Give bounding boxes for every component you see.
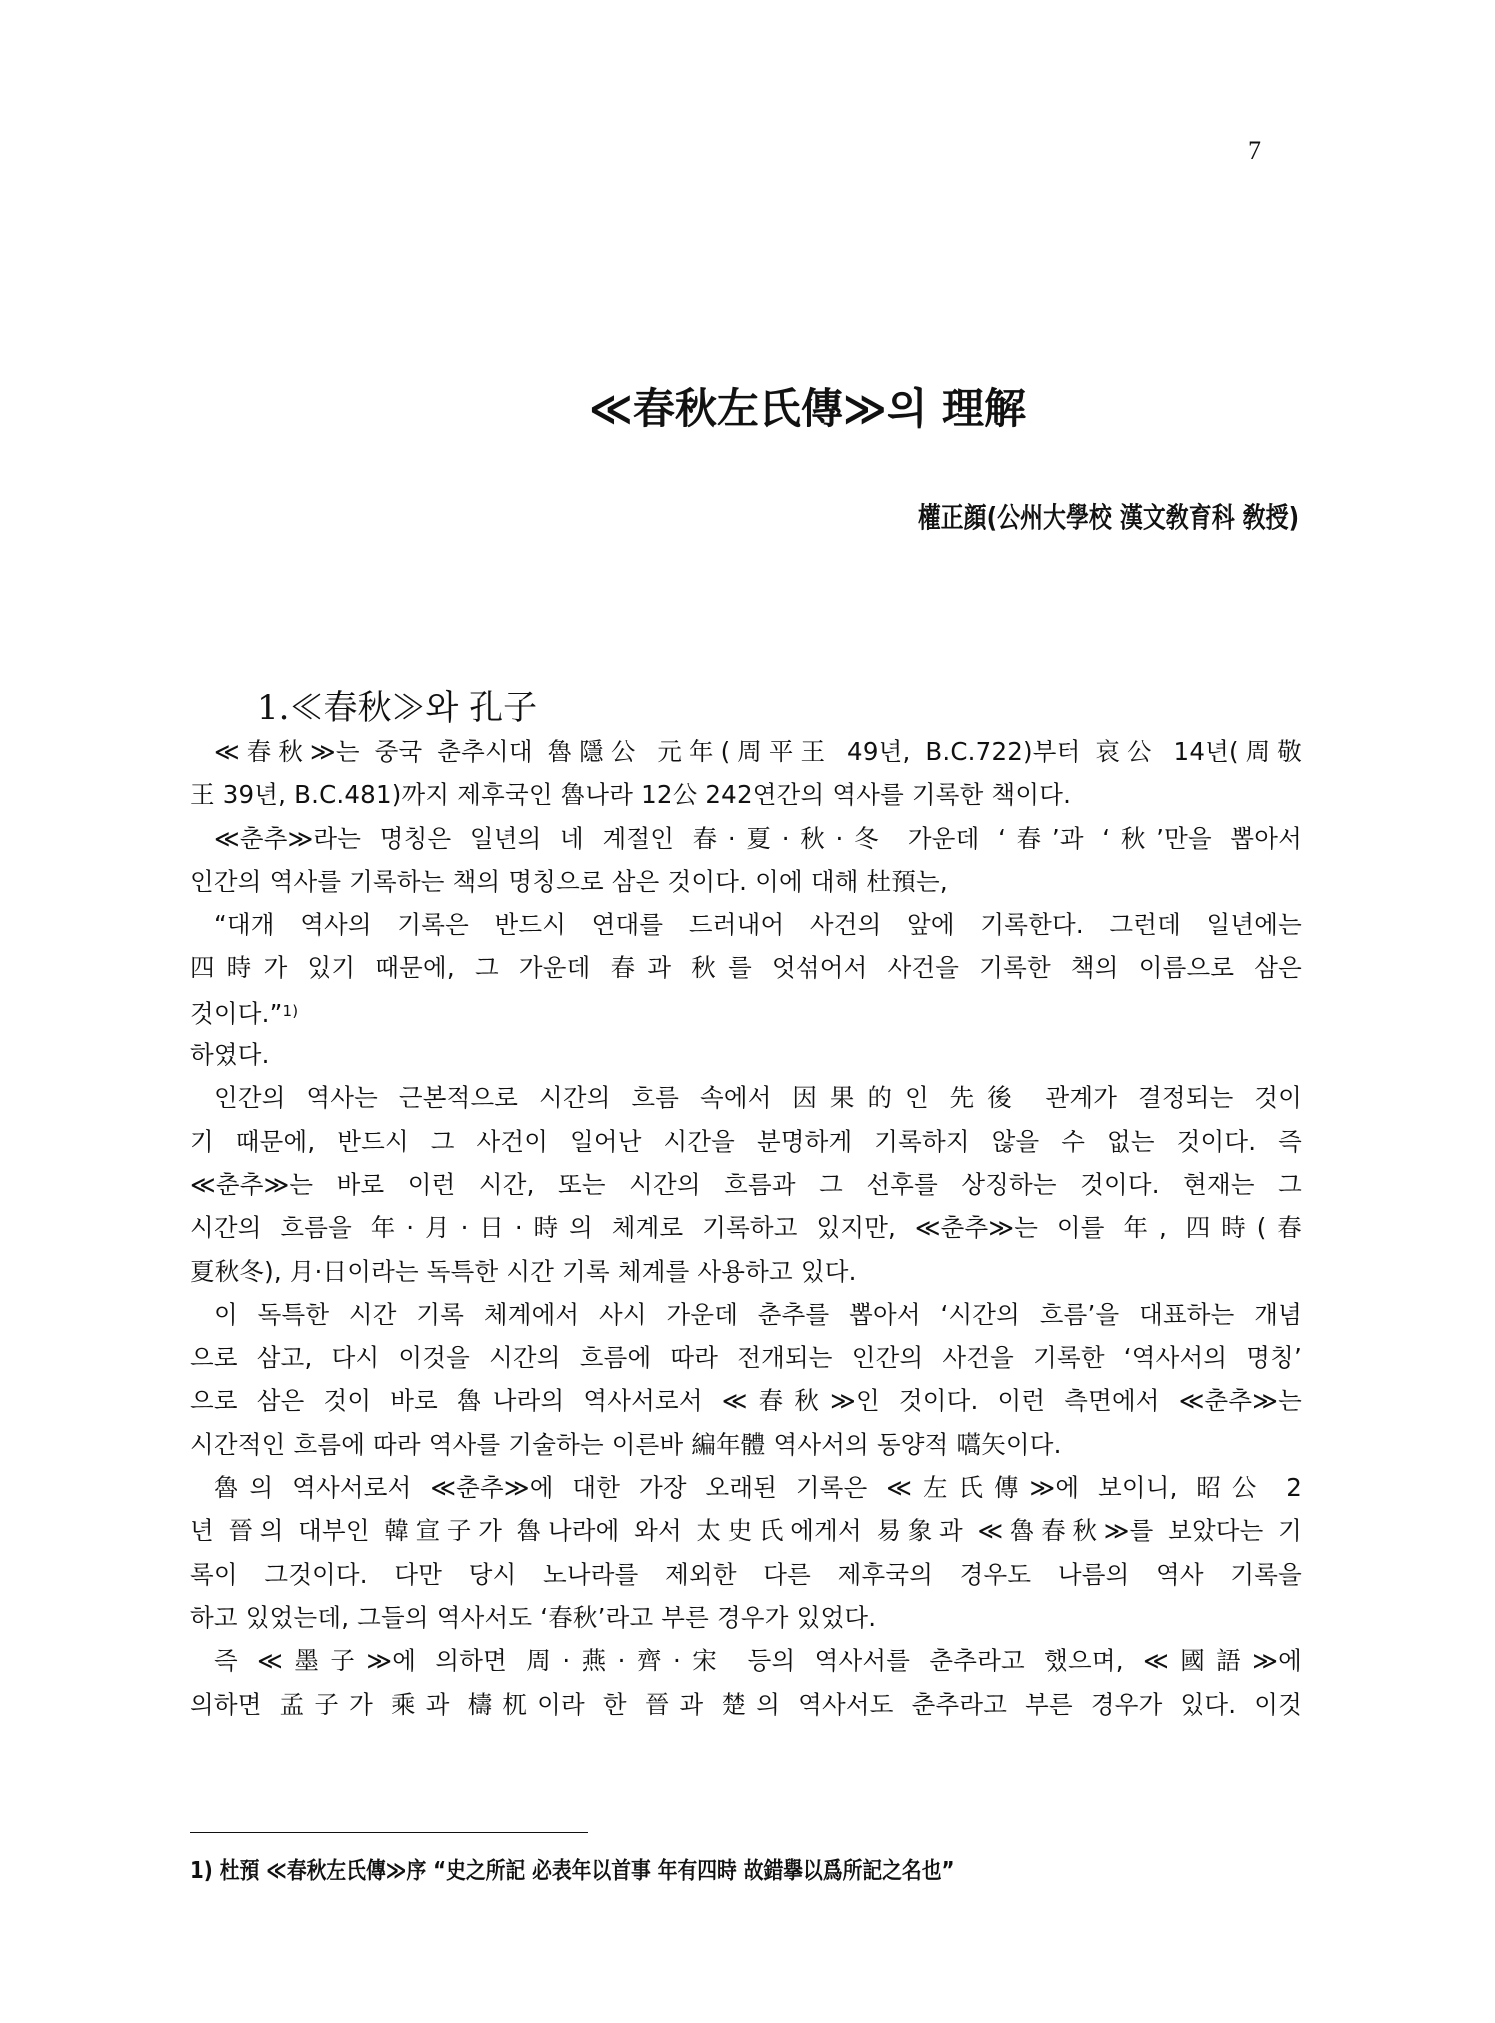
body-text: ≪春秋≫는 중국 춘추시대 魯隱公 元年(周平王 49년, B.C.722)부터…: [190, 730, 1302, 1726]
body-line-text: 시간의 흐름을 年·月·日·時의 체계로 기록하고 있지만, ≪춘추≫는 이를 …: [190, 1213, 1302, 1242]
body-line-text: 하였다.: [190, 1040, 270, 1069]
page-title: ≪春秋左氏傳≫의 理解: [0, 376, 1495, 436]
body-line: ≪춘추≫라는 명칭은 일년의 네 계절인 春·夏·秋·冬 가운데 ‘春’과 ‘秋…: [190, 817, 1302, 860]
body-line-text: 하고 있었는데, 그들의 역사서도 ‘春秋’라고 부른 경우가 있었다.: [190, 1603, 876, 1632]
body-line-text: 으로 삼고, 다시 이것을 시간의 흐름에 따라 전개되는 인간의 사건을 기록…: [190, 1343, 1302, 1372]
body-line-text: ≪춘추≫는 바로 이런 시간, 또는 시간의 흐름과 그 선후를 상징하는 것이…: [190, 1170, 1302, 1199]
body-line: 기 때문에, 반드시 그 사건이 일어난 시간을 분명하게 기록하지 않을 수 …: [190, 1120, 1302, 1163]
body-line: 四時가 있기 때문에, 그 가운데 春과 秋를 엇섞어서 사건을 기록한 책의 …: [190, 946, 1302, 989]
footnote-divider: [190, 1832, 588, 1833]
body-line: 의하면 孟子가 乘과 檮杌이라 한 晉과 楚의 역사서도 춘추라고 부른 경우가…: [190, 1683, 1302, 1726]
body-line: 록이 그것이다. 다만 당시 노나라를 제외한 다른 제후국의 경우도 나름의 …: [190, 1553, 1302, 1596]
body-line-text: 이 독특한 시간 기록 체계에서 사시 가운데 춘추를 뽑아서 ‘시간의 흐름’…: [214, 1300, 1302, 1329]
body-line-text: 魯의 역사서로서 ≪춘추≫에 대한 가장 오래된 기록은 ≪左氏傳≫에 보이니,…: [214, 1473, 1302, 1502]
body-line: 것이다.”1): [190, 990, 1302, 1033]
body-line: 魯의 역사서로서 ≪춘추≫에 대한 가장 오래된 기록은 ≪左氏傳≫에 보이니,…: [190, 1466, 1302, 1509]
body-line: 하였다.: [190, 1033, 1302, 1076]
body-line: 시간의 흐름을 年·月·日·時의 체계로 기록하고 있지만, ≪춘추≫는 이를 …: [190, 1206, 1302, 1249]
body-line: 시간적인 흐름에 따라 역사를 기술하는 이른바 編年體 역사서의 동양적 嚆矢…: [190, 1423, 1302, 1466]
body-line-text: 인간의 역사를 기록하는 책의 명칭으로 삼은 것이다. 이에 대해 杜預는,: [190, 867, 948, 896]
body-line-text: 인간의 역사는 근본적으로 시간의 흐름 속에서 因果的인 先後 관계가 결정되…: [214, 1083, 1302, 1112]
body-line-text: 기 때문에, 반드시 그 사건이 일어난 시간을 분명하게 기록하지 않을 수 …: [190, 1127, 1302, 1156]
body-line: 夏秋冬), 月·日이라는 독특한 시간 기록 체계를 사용하고 있다.: [190, 1250, 1302, 1293]
body-line-text: 으로 삼은 것이 바로 魯나라의 역사서로서 ≪春秋≫인 것이다. 이런 측면에…: [190, 1386, 1302, 1415]
author-affiliation: 權正顔(公州大學校 漢文敎育科 敎授): [918, 496, 1299, 536]
body-line: 인간의 역사를 기록하는 책의 명칭으로 삼은 것이다. 이에 대해 杜預는,: [190, 860, 1302, 903]
body-line: 이 독특한 시간 기록 체계에서 사시 가운데 춘추를 뽑아서 ‘시간의 흐름’…: [190, 1293, 1302, 1336]
section-heading: 1.≪春秋≫와 孔子: [257, 680, 537, 729]
body-line: 으로 삼고, 다시 이것을 시간의 흐름에 따라 전개되는 인간의 사건을 기록…: [190, 1336, 1302, 1379]
page-number: 7: [1248, 136, 1261, 166]
body-line-text: 것이다.”: [190, 999, 282, 1028]
footnote-1: 1) 杜預 ≪春秋左氏傳≫序 “史之所記 必表年以首事 年有四時 故錯擧以爲所記…: [190, 1852, 954, 1885]
body-line: 하고 있었는데, 그들의 역사서도 ‘春秋’라고 부른 경우가 있었다.: [190, 1596, 1302, 1639]
body-line: ≪春秋≫는 중국 춘추시대 魯隱公 元年(周平王 49년, B.C.722)부터…: [190, 730, 1302, 773]
body-line: “대개 역사의 기록은 반드시 연대를 드러내어 사건의 앞에 기록한다. 그런…: [190, 903, 1302, 946]
body-line-text: 夏秋冬), 月·日이라는 독특한 시간 기록 체계를 사용하고 있다.: [190, 1257, 857, 1286]
body-line: 년 晉의 대부인 韓宣子가 魯나라에 와서 太史氏에게서 易象과 ≪魯春秋≫를 …: [190, 1509, 1302, 1552]
body-line: 王 39년, B.C.481)까지 제후국인 魯나라 12公 242연간의 역사…: [190, 773, 1302, 816]
body-line-text: “대개 역사의 기록은 반드시 연대를 드러내어 사건의 앞에 기록한다. 그런…: [214, 910, 1302, 939]
footnote-reference[interactable]: 1): [282, 1002, 298, 1020]
body-line-text: 의하면 孟子가 乘과 檮杌이라 한 晉과 楚의 역사서도 춘추라고 부른 경우가…: [190, 1690, 1302, 1719]
body-line-text: ≪춘추≫라는 명칭은 일년의 네 계절인 春·夏·秋·冬 가운데 ‘春’과 ‘秋…: [214, 824, 1302, 853]
body-line: 인간의 역사는 근본적으로 시간의 흐름 속에서 因果的인 先後 관계가 결정되…: [190, 1076, 1302, 1119]
body-line-text: 四時가 있기 때문에, 그 가운데 春과 秋를 엇섞어서 사건을 기록한 책의 …: [190, 953, 1302, 982]
body-line-text: 년 晉의 대부인 韓宣子가 魯나라에 와서 太史氏에게서 易象과 ≪魯春秋≫를 …: [190, 1516, 1302, 1545]
body-line-text: 시간적인 흐름에 따라 역사를 기술하는 이른바 編年體 역사서의 동양적 嚆矢…: [190, 1430, 1062, 1459]
body-line-text: ≪春秋≫는 중국 춘추시대 魯隱公 元年(周平王 49년, B.C.722)부터…: [214, 737, 1302, 766]
body-line-text: 즉 ≪墨子≫에 의하면 周·燕·齊·宋 등의 역사서를 춘추라고 했으며, ≪國…: [214, 1646, 1302, 1675]
body-line-text: 王 39년, B.C.481)까지 제후국인 魯나라 12公 242연간의 역사…: [190, 780, 1071, 809]
body-line: 으로 삼은 것이 바로 魯나라의 역사서로서 ≪春秋≫인 것이다. 이런 측면에…: [190, 1379, 1302, 1422]
body-line: ≪춘추≫는 바로 이런 시간, 또는 시간의 흐름과 그 선후를 상징하는 것이…: [190, 1163, 1302, 1206]
body-line-text: 록이 그것이다. 다만 당시 노나라를 제외한 다른 제후국의 경우도 나름의 …: [190, 1560, 1302, 1589]
body-line: 즉 ≪墨子≫에 의하면 周·燕·齊·宋 등의 역사서를 춘추라고 했으며, ≪國…: [190, 1639, 1302, 1682]
